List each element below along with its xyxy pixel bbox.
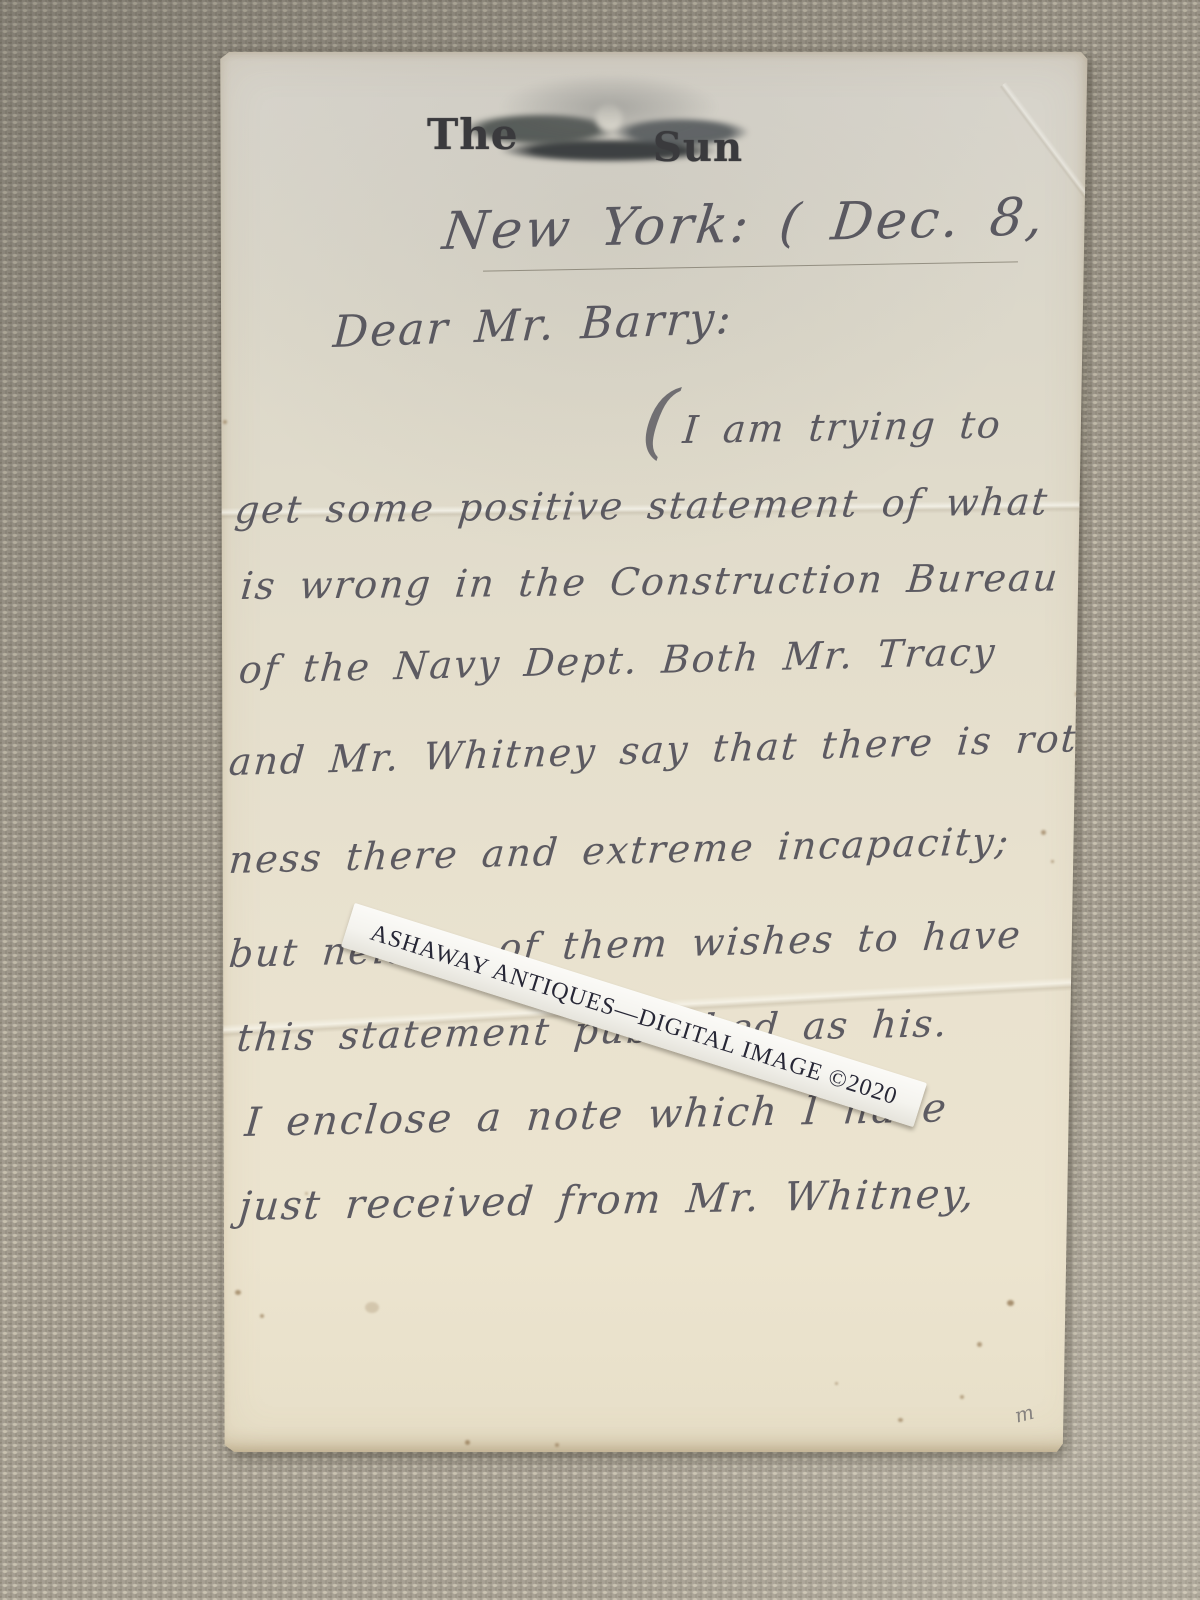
foxing-spot [977,1342,982,1347]
letter-paper-wrapper: The Sun New York: ( Dec. 8, 1893 Dear Mr… [215,52,1090,1452]
newspaper-masthead: The Sun [365,64,825,184]
foxing-spot [555,1443,559,1447]
foxing-spot [235,1290,241,1295]
printed-date-rule [483,261,1018,271]
foxing-spot [960,1395,964,1399]
masthead-sun-label: Sun [653,124,743,171]
dateline-paren-flourish: ( [776,193,806,254]
masthead-the-label: The [427,110,519,159]
pen-flourish: ( [636,368,682,470]
dateline-date: Dec. 8, [828,187,1049,252]
dateline-year: 1893 [1113,182,1200,246]
foxing-spot [1007,1300,1014,1306]
letter-line: of the Navy Dept. Both Mr. Tracy [237,629,998,692]
letter-paper: The Sun New York: ( Dec. 8, 1893 Dear Mr… [215,52,1090,1452]
letter-line: ness there and extreme incapacity; [227,819,1012,882]
foxing-spot [365,1302,379,1313]
foxing-spot [1075,692,1079,696]
foxing-spot [260,1314,264,1318]
foxing-spot [1051,860,1054,863]
salutation: Dear Mr. Barry: [332,293,735,358]
letter-line: and Mr. Whitney say that there is rotten… [227,714,1163,784]
foxing-spot [223,420,227,424]
foxing-spot [1041,830,1046,835]
letter-line: get some positive statement of what [233,479,1051,532]
foxing-spot [835,1382,838,1385]
letter-line: just received from Mr. Whitney, [237,1171,978,1230]
foxing-spot [898,1418,903,1422]
dateline: New York: ( Dec. 8, 1893 [440,182,1200,262]
pencil-corner-mark: m [1012,1399,1038,1427]
letter-line: is wrong in the Construction Bureau [239,555,1061,608]
letter-line: I am trying to [681,402,1004,452]
dateline-place: New York: [440,194,755,262]
foxing-spot [465,1440,470,1445]
photograph-background-burlap: The Sun New York: ( Dec. 8, 1893 Dear Mr… [0,0,1200,1600]
